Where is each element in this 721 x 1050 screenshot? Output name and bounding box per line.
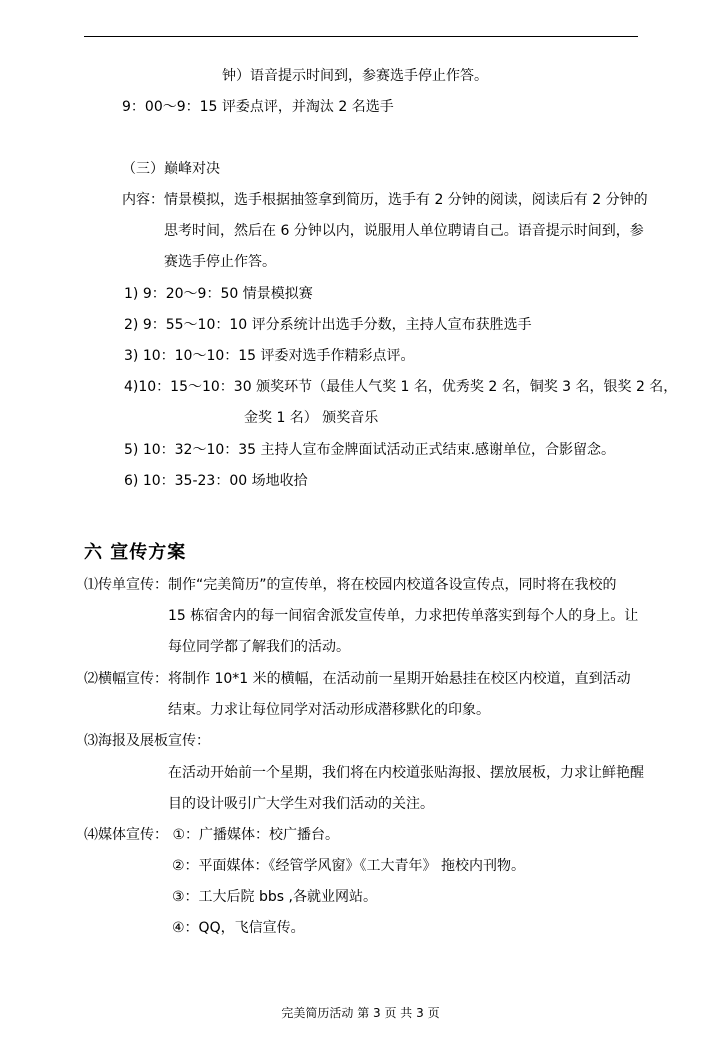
schedule-line-continued: 金奖 1 名） 颁奖音乐	[244, 409, 378, 427]
media-item: ③：工大后院 bbs ,各就业网站。	[172, 888, 377, 906]
media-item: ④：QQ，飞信宣传。	[172, 919, 305, 937]
schedule-line: 6) 10：35-23：00 场地收拾	[124, 472, 308, 490]
text-line: 钟）语音提示时间到，参赛选手停止作答。	[222, 67, 488, 85]
text-line: 内容：情景模拟，选手根据抽签拿到简历，选手有 2 分钟的阅读，阅读后有 2 分钟…	[122, 191, 648, 209]
publicity-item-continued: 结束。力求让每位同学对活动形成潜移默化的印象。	[168, 701, 490, 719]
publicity-item: ⑴传单宣传：制作“完美简历”的宣传单，将在校园内校道各设宣传点，同时将在我校的	[84, 576, 617, 594]
publicity-item-continued: 每位同学都了解我们的活动。	[168, 638, 350, 656]
header-rule	[84, 36, 638, 37]
publicity-item: ⑷媒体宣传： ①：广播媒体：校广播台。	[84, 826, 339, 844]
text-line: 思考时间，然后在 6 分钟以内，说服用人单位聘请自己。语音提示时间到，参	[164, 222, 644, 240]
page-footer: 完美简历活动 第 3 页 共 3 页	[0, 1004, 721, 1021]
media-item: ②：平面媒体：《经管学风窗》《工大青年》 拖校内刊物。	[172, 857, 525, 875]
subsection-heading: （三）巅峰对决	[122, 160, 220, 178]
publicity-item-continued: 15 栋宿舍内的每一间宿舍派发宣传单，力求把传单落实到每个人的身上。让	[168, 607, 638, 625]
text-line: 赛选手停止作答。	[164, 253, 276, 271]
schedule-line: 4)10：15～10：30 颁奖环节（最佳人气奖 1 名，优秀奖 2 名，铜奖 …	[124, 378, 677, 396]
publicity-item: ⑵横幅宣传：将制作 10*1 米的横幅，在活动前一星期开始悬挂在校区内校道，直到…	[84, 670, 631, 688]
publicity-item-continued: 在活动开始前一个星期，我们将在内校道张贴海报、摆放展板，力求让鲜艳醒	[168, 764, 644, 782]
schedule-line: 9：00～9：15 评委点评，并淘汰 2 名选手	[122, 98, 394, 116]
schedule-line: 1) 9：20～9：50 情景模拟赛	[124, 285, 313, 303]
schedule-line: 5) 10：32～10：35 主持人宣布金牌面试活动正式结束.感谢单位，合影留念…	[124, 441, 615, 459]
schedule-line: 3) 10：10～10：15 评委对选手作精彩点评。	[124, 347, 415, 365]
schedule-line: 2) 9：55～10：10 评分系统计出选手分数，主持人宣布获胜选手	[124, 316, 532, 334]
publicity-item: ⑶海报及展板宣传：	[84, 732, 210, 750]
publicity-item-continued: 目的设计吸引广大学生对我们活动的关注。	[168, 795, 434, 813]
section-heading: 六 宣传方案	[84, 538, 186, 564]
